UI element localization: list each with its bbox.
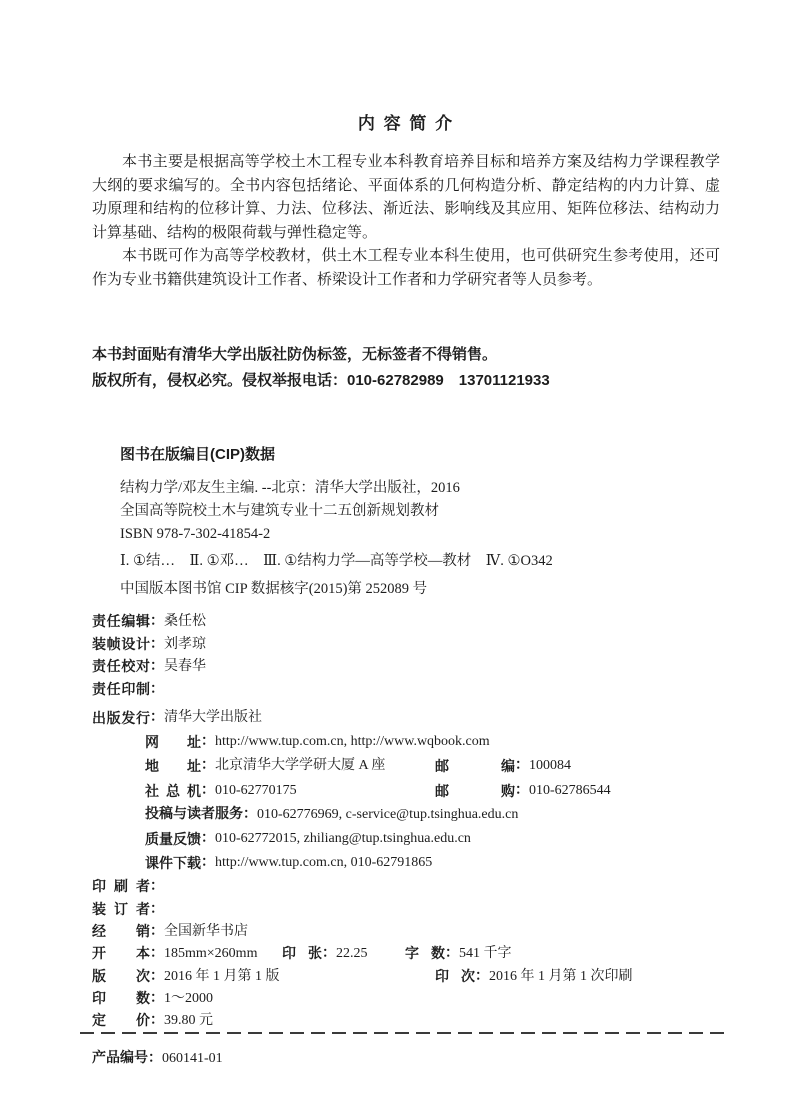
website-urls: http://www.tup.com.cn, http://www.wqbook… [215,734,490,749]
label-colon: ： [150,1011,164,1027]
edition-value: 2016 年 1 月第 1 版 [164,969,280,984]
postcode-value: 100084 [529,758,571,773]
staff-value: 刘孝琼 [164,637,206,652]
product-number-value: 060141-01 [162,1051,223,1066]
mailorder-value: 010-62786544 [529,783,611,798]
staff-label: 责任校对 [92,656,150,678]
distributor-label: 经销 [92,921,150,942]
switchboard-value: 010-62770175 [215,783,297,798]
address-row: 地址：北京清华大学学研大厦 A 座 邮编：100084 [92,753,720,777]
reader-service-value: 010-62776969, c-service@tup.tsinghua.edu… [257,807,518,822]
edition-row: 版次：2016 年 1 月第 1 版 印次：2016 年 1 月第 1 次印刷 [92,965,720,987]
courseware-value: http://www.tup.com.cn, 010-62791865 [215,855,432,870]
label-colon: ： [150,944,164,960]
cip-classification-line: Ⅰ. ①结… Ⅱ. ①邓… Ⅲ. ①结构力学—高等学校—教材 Ⅳ. ①O342 [120,550,720,572]
switchboard-label: 社总机 [145,780,201,802]
intro-paragraph-1: 本书主要是根据高等学校土木工程专业本科教育培养目标和培养方案及结构力学课程教学大… [92,151,720,245]
cip-isbn-line: ISBN 978-7-302-41854-2 [120,523,720,546]
product-number-label: 产品编号 [92,1049,148,1065]
cip-heading: 图书在版编目(CIP)数据 [120,444,720,466]
quality-feedback-row: 质量反馈：010-62772015, zhiliang@tup.tsinghua… [92,826,720,850]
format-label: 开本 [92,943,150,964]
publisher-label: 出版发行 [92,707,150,729]
anti-piracy-line: 本书封面贴有清华大学出版社防伪标签，无标签者不得销售。 [92,342,720,368]
copyright-page: 内 容 简 介 本书主要是根据高等学校土木工程专业本科教育培养目标和培养方案及结… [0,0,800,1114]
label-colon: ： [150,877,164,893]
label-colon: ： [515,781,529,797]
copyright-line: 版权所有，侵权必究。侵权举报电话：010-62782989 1370112193… [92,368,720,394]
website-row: 网址：http://www.tup.com.cn, http://www.wqb… [92,729,720,753]
impression-value: 2016 年 1 月第 1 次印刷 [489,969,633,984]
impression-label: 印次 [435,966,475,987]
format-row: 开本：185mm×260mm 印张：22.25 字数：541 千字 [92,942,720,964]
postcode-label: 邮编 [435,755,515,777]
printrun-value: 1～2000 [164,991,213,1006]
label-colon: ： [150,989,164,1005]
label-colon: ： [201,756,215,772]
label-colon: ： [150,967,164,983]
printer-label: 印刷者 [92,876,150,897]
binder-row: 装订者： [92,898,720,920]
wordcount-label: 字数 [405,943,445,964]
mailorder-cell: 邮购：010-62786544 [435,778,611,802]
quality-feedback-value: 010-62772015, zhiliang@tup.tsinghua.edu.… [215,831,471,846]
cip-title-line: 结构力学/邓友生主编. --北京：清华大学出版社，2016 [120,477,720,500]
label-colon: ： [515,756,529,772]
staff-row-print-supervisor: 责任印制： [92,678,720,701]
publisher-block: 出版发行：清华大学出版社 网址：http://www.tup.com.cn, h… [92,705,720,874]
label-colon: ： [201,781,215,797]
dashed-divider [80,1032,728,1034]
label-colon: ： [150,680,164,696]
staff-label: 责任印制 [92,679,150,701]
intro-title: 内 容 简 介 [92,112,720,136]
label-colon: ： [150,922,164,938]
printrun-label: 印数 [92,988,150,1009]
price-row: 定价：39.80 元 [92,1009,720,1031]
binder-label: 装订者 [92,899,150,920]
label-colon: ： [475,967,489,983]
label-colon: ： [150,900,164,916]
impression-cell: 印次：2016 年 1 月第 1 次印刷 [435,965,633,987]
cip-record-line: 中国版本图书馆 CIP 数据核字(2015)第 252089 号 [120,578,720,600]
format-value: 185mm×260mm [164,946,257,961]
website-label: 网址 [145,731,201,753]
staff-row-editor: 责任编辑：桑任松 [92,610,720,633]
address-value: 北京清华大学学研大厦 A 座 [215,758,385,773]
sheets-label: 印张 [282,943,322,964]
page-content: 内 容 简 介 本书主要是根据高等学校土木工程专业本科教育培养目标和培养方案及结… [92,0,720,1070]
reader-service-row: 投稿与读者服务：010-62776969, c-service@tup.tsin… [92,802,720,826]
sheets-cell: 印张：22.25 [282,942,368,964]
anti-piracy-notice: 本书封面贴有清华大学出版社防伪标签，无标签者不得销售。 版权所有，侵权必究。侵权… [92,342,720,394]
label-colon: ： [150,612,164,628]
switchboard-row: 社总机：010-62770175 邮购：010-62786544 [92,778,720,802]
mailorder-label: 邮购 [435,780,515,802]
price-label: 定价 [92,1010,150,1031]
wordcount-value: 541 千字 [459,946,512,961]
publisher-name: 清华大学出版社 [164,710,262,725]
publisher-row: 出版发行：清华大学出版社 [92,705,720,729]
reader-service-label: 投稿与读者服务 [145,805,243,821]
distributor-value: 全国新华书店 [164,924,248,939]
staff-value: 桑任松 [164,614,206,629]
postcode-cell: 邮编：100084 [435,753,571,777]
cip-block: 结构力学/邓友生主编. --北京：清华大学出版社，2016 全国高等院校土木与建… [120,477,720,546]
quality-feedback-label: 质量反馈 [145,828,201,850]
cip-series-line: 全国高等院校土木与建筑专业十二五创新规划教材 [120,500,720,523]
distributor-row: 经销：全国新华书店 [92,920,720,942]
staff-label: 责任编辑 [92,611,150,633]
staff-credits: 责任编辑：桑任松 装帧设计：刘孝琼 责任校对：吴春华 责任印制： [92,610,720,700]
label-colon: ： [322,944,336,960]
label-colon: ： [445,944,459,960]
edition-label: 版次 [92,966,150,987]
intro-paragraph-2: 本书既可作为高等学校教材，供土木工程专业本科生使用，也可供研究生参考使用，还可作… [92,245,720,292]
label-colon: ： [150,635,164,651]
staff-row-proofreader: 责任校对：吴春华 [92,655,720,678]
courseware-row: 课件下载：http://www.tup.com.cn, 010-62791865 [92,850,720,874]
colophon-block: 印刷者： 装订者： 经销：全国新华书店 开本：185mm×260mm 印张：22… [92,875,720,1031]
label-colon: ： [148,1049,162,1065]
printrun-row: 印数：1～2000 [92,987,720,1009]
staff-label: 装帧设计 [92,634,150,656]
courseware-label: 课件下载 [145,852,201,874]
label-colon: ： [150,708,164,724]
label-colon: ： [201,853,215,869]
label-colon: ： [243,805,257,821]
address-label: 地址 [145,755,201,777]
label-colon: ： [201,732,215,748]
staff-row-designer: 装帧设计：刘孝琼 [92,633,720,656]
product-number-row: 产品编号：060141-01 [92,1046,720,1070]
label-colon: ： [150,657,164,673]
label-colon: ： [201,829,215,845]
printer-row: 印刷者： [92,875,720,897]
sheets-value: 22.25 [336,946,368,961]
staff-value: 吴春华 [164,659,206,674]
price-value: 39.80 元 [164,1013,213,1028]
wordcount-cell: 字数：541 千字 [405,942,512,964]
